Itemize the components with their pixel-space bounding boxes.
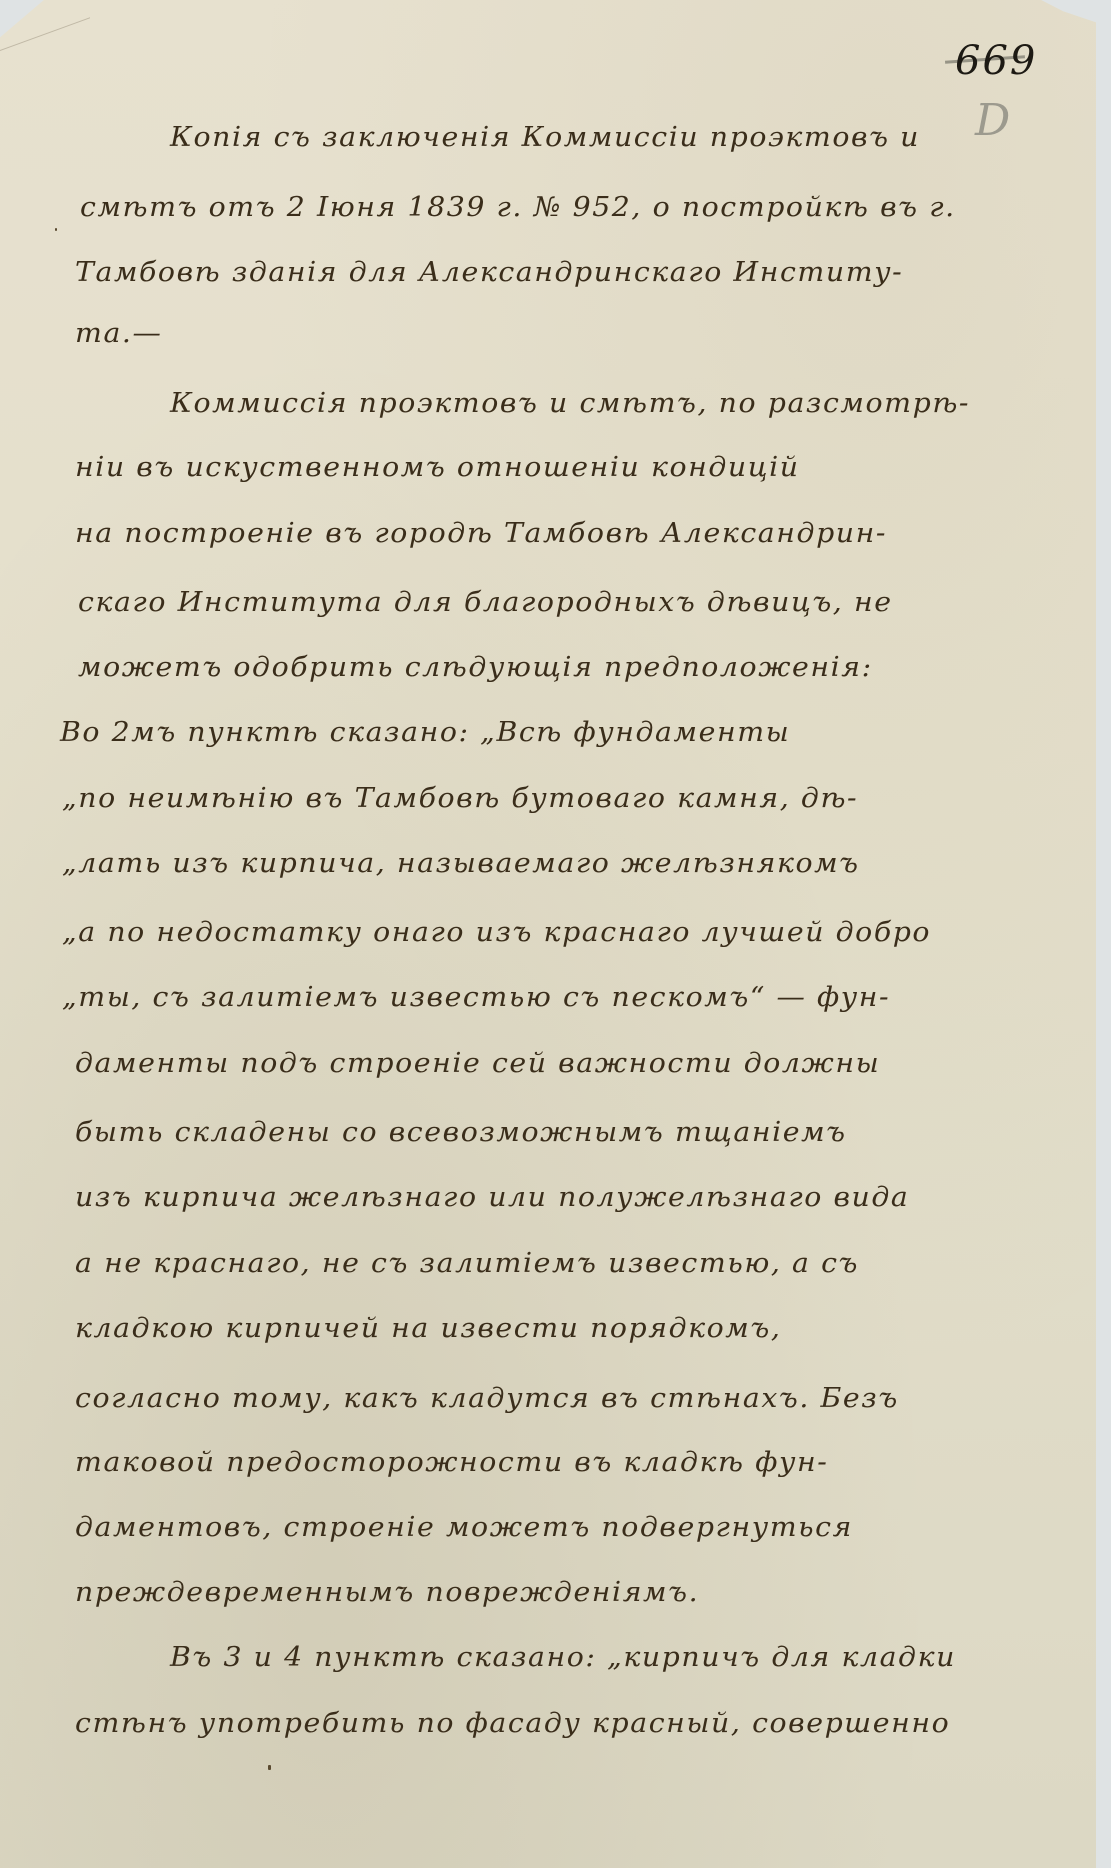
ink-speck (268, 1765, 271, 1770)
ink-speck (55, 228, 57, 231)
text-line: та.— (75, 318, 162, 349)
text-line: стѣнъ употребить по фасаду красный, сове… (75, 1708, 950, 1739)
paper-crease (0, 0, 90, 51)
text-line: таковой предосторожности въ кладкѣ фун- (75, 1447, 828, 1478)
text-line: на построеніе въ городѣ Тамбовѣ Александ… (75, 518, 887, 549)
text-line: „по неимѣнію въ Тамбовѣ бутоваго камня, … (62, 783, 858, 814)
text-line: „лать изъ кирпича, называемаго желѣзняко… (62, 848, 860, 879)
text-line: а не краснаго, не съ залитіемъ известью,… (75, 1248, 859, 1279)
text-line: согласно тому, какъ кладутся въ стѣнахъ.… (75, 1383, 899, 1414)
text-line: изъ кирпича желѣзнаго или полужелѣзнаго … (75, 1182, 909, 1213)
text-line: кладкою кирпичей на извести порядкомъ, (75, 1313, 781, 1344)
text-line: даментовъ, строеніе можетъ подвергнуться (75, 1512, 853, 1543)
text-line: Во 2мъ пунктѣ сказано: „Всѣ фундаменты (60, 717, 790, 748)
text-line: Въ 3 и 4 пунктѣ сказано: „кирпичъ для кл… (170, 1642, 956, 1673)
text-line: Копія съ заключенія Коммиссіи проэктовъ … (170, 122, 920, 153)
text-line: ніи въ искуственномъ отношеніи кондицій (75, 452, 800, 483)
text-line: Коммиссія проэктовъ и смѣтъ, по разсмотр… (170, 388, 970, 419)
text-line: преждевременнымъ поврежденіямъ. (75, 1577, 699, 1608)
text-line: быть складены со всевозможнымъ тщаніемъ (75, 1117, 847, 1148)
manuscript-page: 669 D Копія съ заключенія Коммиссіи проэ… (0, 0, 1096, 1868)
text-line: даменты подъ строеніе сей важности должн… (75, 1048, 880, 1079)
text-line: „ты, съ залитіемъ известью съ пескомъ“ —… (62, 982, 890, 1013)
text-line: можетъ одобрить слѣдующія предположенія: (78, 652, 873, 683)
pencil-annotation: D (975, 95, 1010, 146)
text-line: смѣтъ отъ 2 Іюня 1839 г. № 952, о постро… (80, 192, 956, 223)
folio-number: 669 (955, 38, 1037, 84)
text-line: Тамбовѣ зданія для Александринскаго Инст… (75, 257, 903, 288)
text-line: скаго Института для благородныхъ дѣвицъ,… (78, 587, 893, 618)
text-line: „а по недостатку онаго изъ краснаго лучш… (62, 917, 931, 948)
